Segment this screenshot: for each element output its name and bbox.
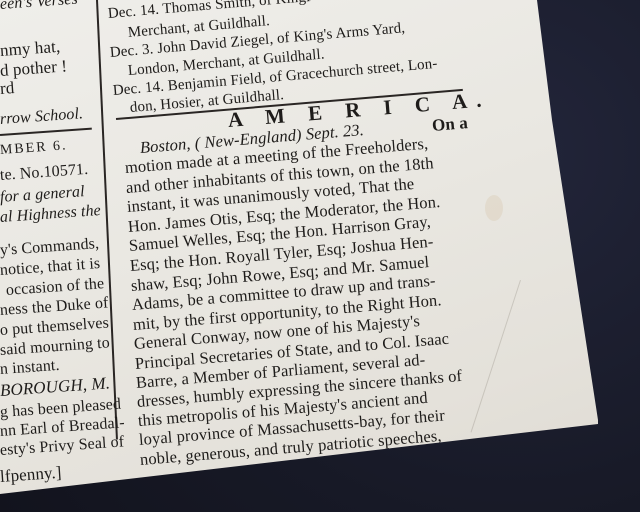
text-line: lfpenny.]: [0, 464, 62, 485]
paper-fold-crease: [471, 280, 521, 432]
text-line: said mourning to: [0, 335, 110, 359]
text-line: rrow School.: [0, 106, 84, 128]
text-line: for a general: [0, 184, 85, 206]
left-section-rule: [0, 128, 92, 136]
text-line: al Highness the: [0, 203, 101, 226]
paper-stain: [485, 195, 503, 221]
text-line: nmy hat,: [0, 38, 61, 59]
date-heading: MBER 6.: [0, 139, 68, 158]
text-line: een's Verses: [0, 0, 78, 13]
text-line: rd: [0, 79, 15, 97]
signature-line: BOROUGH, M.: [0, 374, 110, 399]
text-line: d pother !: [0, 57, 68, 79]
gazette-number: te. No.10571.: [0, 162, 89, 184]
article-line: On a: [431, 114, 468, 134]
text-line: n instant.: [0, 358, 60, 378]
